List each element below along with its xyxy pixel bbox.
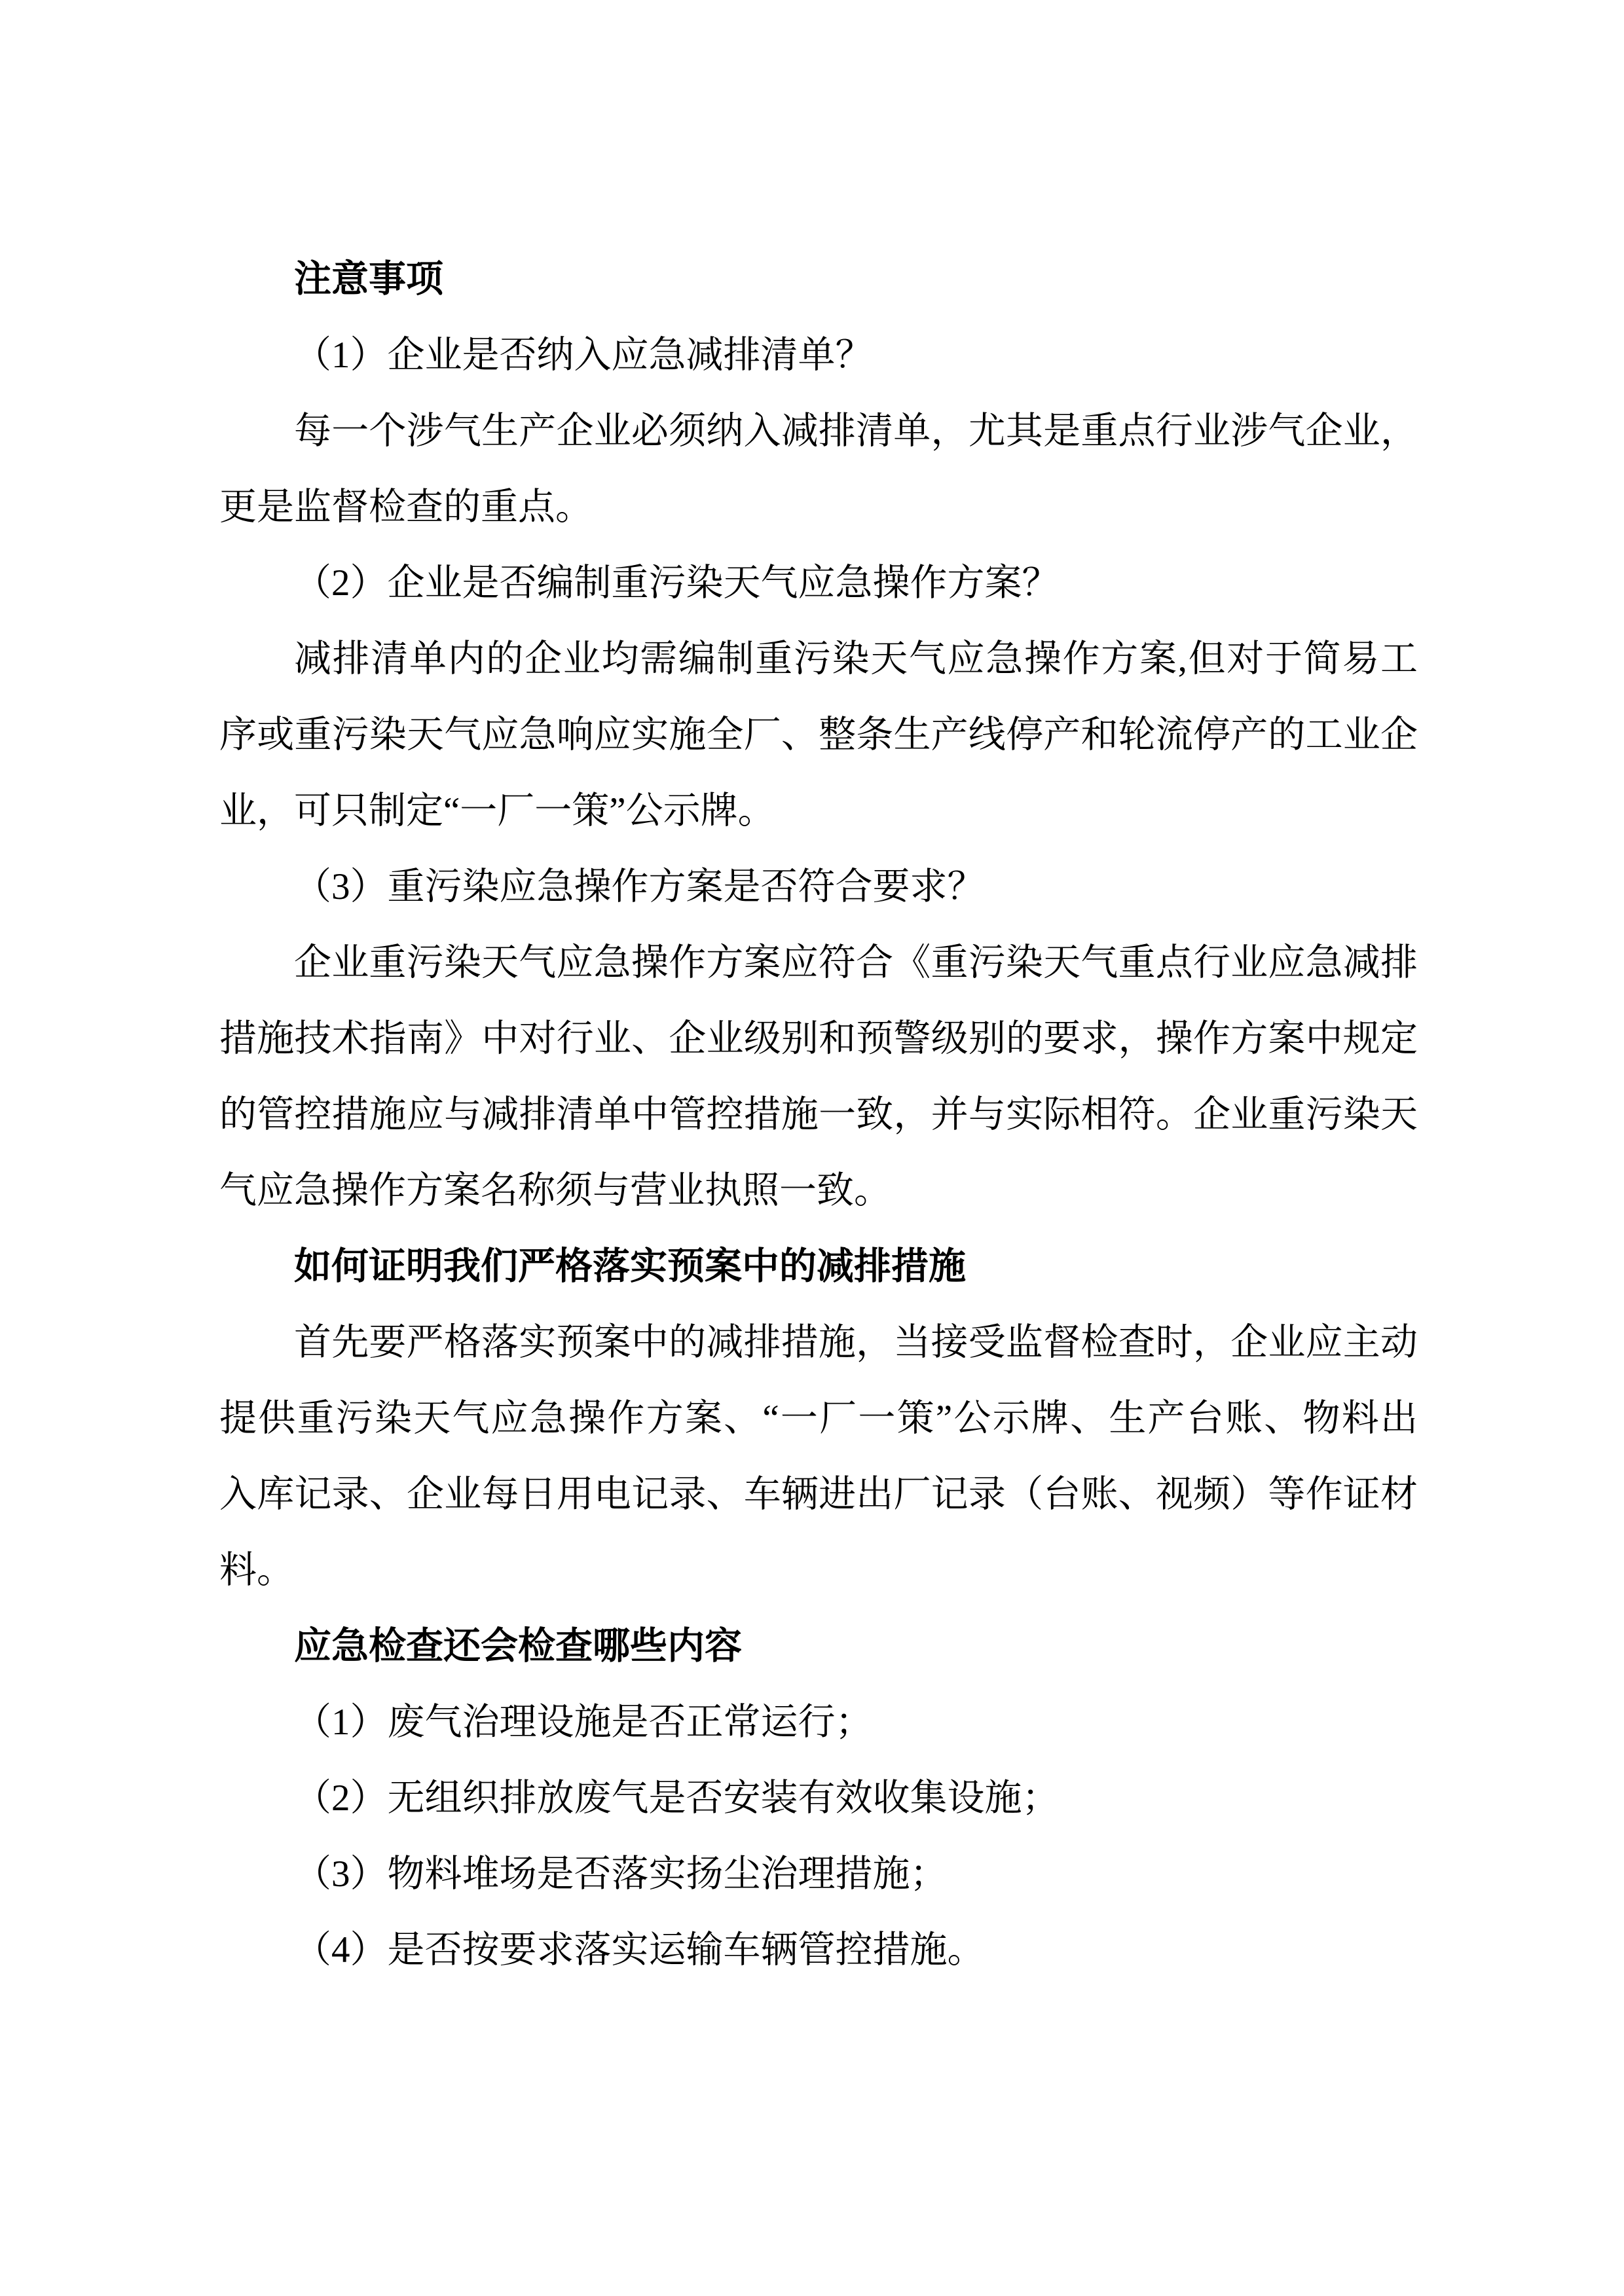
text-line: 减排清单内的企业均需编制重污染天气应急操作方案,但对于简易工: [219, 621, 1418, 697]
text-line: 业，可只制定“一厂一策”公示牌。: [219, 773, 1418, 849]
text-line: （3）物料堆场是否落实扬尘治理措施；: [219, 1836, 1418, 1912]
text-line: 入库记录、企业每日用电记录、车辆进出厂记录（台账、视频）等作证材: [219, 1457, 1418, 1533]
text-line: 措施技术指南》中对行业、企业级别和预警级别的要求，操作方案中规定: [219, 1001, 1418, 1077]
section-heading: 注意事项: [219, 242, 1418, 318]
text-line: 首先要严格落实预案中的减排措施，当接受监督检查时，企业应主动: [219, 1305, 1418, 1381]
text-line: 更是监督检查的重点。: [219, 469, 1418, 545]
text-line: 企业重污染天气应急操作方案应符合《重污染天气重点行业应急减排: [219, 925, 1418, 1001]
text-line: （1）废气治理设施是否正常运行；: [219, 1685, 1418, 1760]
section-heading: 如何证明我们严格落实预案中的减排措施: [219, 1229, 1418, 1305]
document-page: 注意事项（1）企业是否纳入应急减排清单？每一个涉气生产企业必须纳入减排清单，尤其…: [0, 0, 1624, 2296]
text-line: 每一个涉气生产企业必须纳入减排清单，尤其是重点行业涉气企业，: [219, 393, 1418, 469]
text-line: （3）重污染应急操作方案是否符合要求？: [219, 849, 1418, 925]
text-line: （4）是否按要求落实运输车辆管控措施。: [219, 1912, 1418, 1988]
text-line: （2）企业是否编制重污染天气应急操作方案？: [219, 545, 1418, 621]
text-line: （1）企业是否纳入应急减排清单？: [219, 318, 1418, 393]
text-line: 料。: [219, 1533, 1418, 1609]
text-line: 的管控措施应与减排清单中管控措施一致，并与实际相符。企业重污染天: [219, 1077, 1418, 1153]
text-line: 序或重污染天气应急响应实施全厂、整条生产线停产和轮流停产的工业企: [219, 697, 1418, 773]
text-line: 气应急操作方案名称须与营业执照一致。: [219, 1153, 1418, 1229]
document-content: 注意事项（1）企业是否纳入应急减排清单？每一个涉气生产企业必须纳入减排清单，尤其…: [219, 242, 1418, 1988]
text-line: （2）无组织排放废气是否安装有效收集设施；: [219, 1760, 1418, 1836]
section-heading: 应急检查还会检查哪些内容: [219, 1609, 1418, 1685]
text-line: 提供重污染天气应急操作方案、“一厂一策”公示牌、生产台账、物料出: [219, 1381, 1418, 1457]
